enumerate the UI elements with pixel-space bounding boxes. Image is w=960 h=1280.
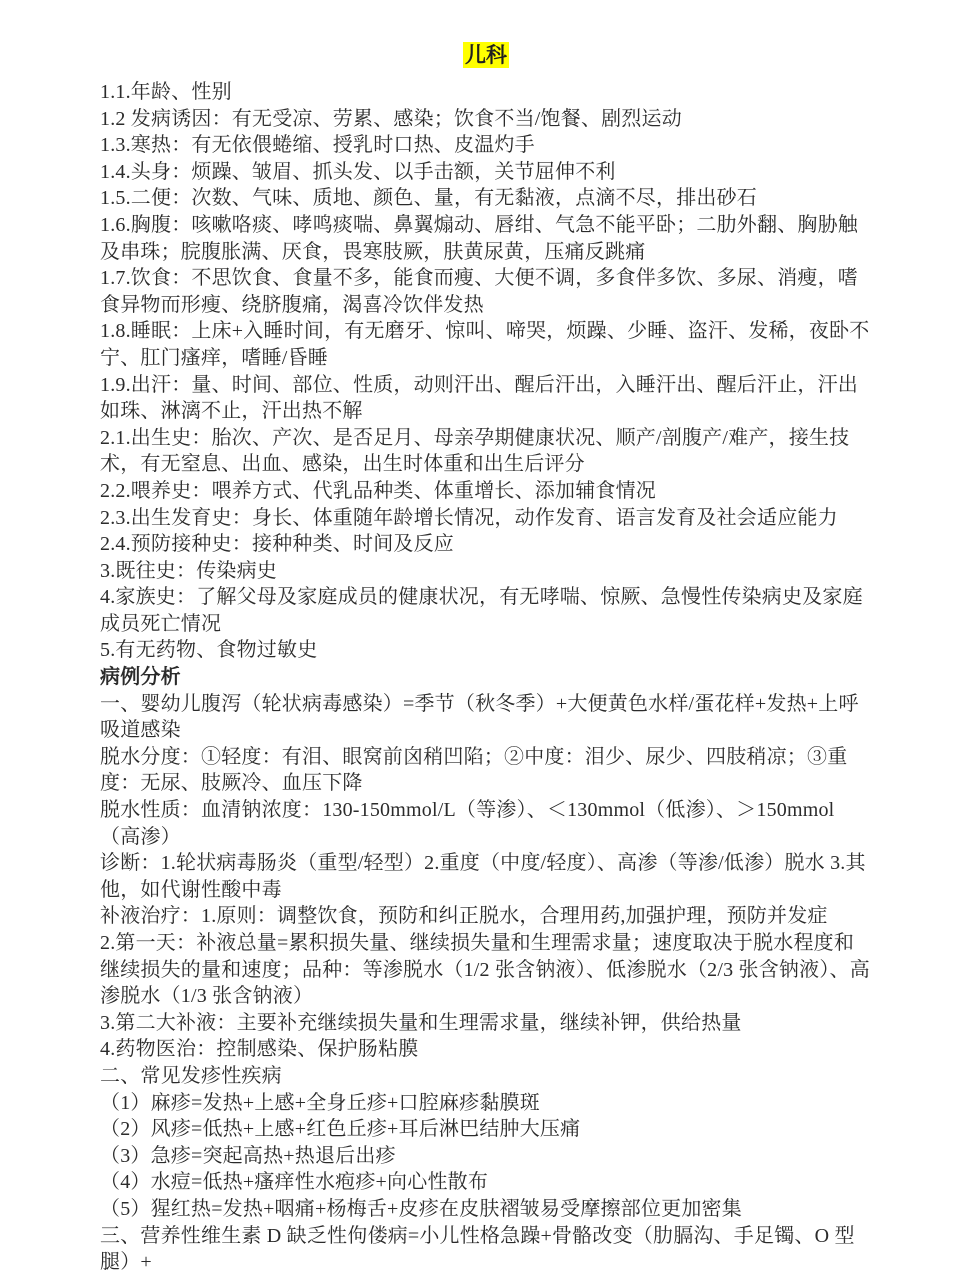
paragraph-sleep: 1.8.睡眠：上床+入睡时间，有无磨牙、惊叫、啼哭，烦躁、少睡、盗汗、发稀，夜卧… <box>100 318 872 371</box>
paragraph-head-body: 1.4.头身：烦躁、皱眉、抓头发、以手击额，关节屈伸不利 <box>100 159 872 186</box>
paragraph-allergy-history: 5.有无药物、食物过敏史 <box>100 637 872 664</box>
paragraph-measles: （1）麻疹=发热+上感+全身丘疹+口腔麻疹黏膜斑 <box>100 1090 872 1117</box>
page-title: 儿科 <box>463 42 509 68</box>
paragraph-age-gender: 1.1.年龄、性别 <box>100 79 872 106</box>
paragraph-fluid-day-one: 2.第一天：补液总量=累积损失量、继续损失量和生理需求量；速度取决于脱水程度和继… <box>100 930 872 1010</box>
paragraph-cold-heat: 1.3.寒热：有无依偎蜷缩、授乳时口热、皮温灼手 <box>100 132 872 159</box>
paragraph-triggers: 1.2 发病诱因：有无受凉、劳累、感染；饮食不当/饱餐、剧烈运动 <box>100 106 872 133</box>
paragraph-infant-diarrhea: 一、婴幼儿腹泻（轮状病毒感染）=季节（秋冬季）+大便黄色水样/蛋花样+发热+上呼… <box>100 691 872 744</box>
paragraph-diet: 1.7.饮食：不思饮食、食量不多，能食而瘦、大便不调，多食伴多饮、多尿、消瘦，嗜… <box>100 265 872 318</box>
section-heading-rash-diseases: 二、常见发疹性疾病 <box>100 1063 872 1090</box>
paragraph-feeding-history: 2.2.喂养史：喂养方式、代乳品种类、体重增长、添加辅食情况 <box>100 478 872 505</box>
paragraph-dehydration-nature: 脱水性质：血清钠浓度：130-150mmol/L（等渗）、＜130mmol（低渗… <box>100 797 872 850</box>
paragraph-past-history: 3.既往史：传染病史 <box>100 558 872 585</box>
paragraph-chest-abdomen: 1.6.胸腹：咳嗽咯痰、哮鸣痰喘、鼻翼煽动、唇绀、气急不能平卧；二肋外翻、胸胁触… <box>100 212 872 265</box>
document-page: 儿科 1.1.年龄、性别 1.2 发病诱因：有无受凉、劳累、感染；饮食不当/饱餐… <box>0 0 960 1280</box>
paragraph-excretion: 1.5.二便：次数、气味、质地、颜色、量，有无黏液，点滴不尽，排出砂石 <box>100 185 872 212</box>
paragraph-diagnosis: 诊断：1.轮状病毒肠炎（重型/轻型）2.重度（中度/轻度）、高渗（等渗/低渗）脱… <box>100 850 872 903</box>
section-heading-case-analysis: 病例分析 <box>100 664 872 691</box>
document-body: 1.1.年龄、性别 1.2 发病诱因：有无受凉、劳累、感染；饮食不当/饱餐、剧烈… <box>100 79 872 1276</box>
paragraph-rickets: 三、营养性维生素 D 缺乏性佝偻病=小儿性格急躁+骨骼改变（肋膈沟、手足镯、O … <box>100 1223 872 1276</box>
paragraph-rubella: （2）风疹=低热+上感+红色丘疹+耳后淋巴结肿大压痛 <box>100 1116 872 1143</box>
paragraph-sweating: 1.9.出汗：量、时间、部位、性质，动则汗出、醒后汗出，入睡汗出、醒后汗止，汗出… <box>100 372 872 425</box>
paragraph-scarlet-fever: （5）猩红热=发热+咽痛+杨梅舌+皮疹在皮肤褶皱易受摩擦部位更加密集 <box>100 1196 872 1223</box>
paragraph-drug-treatment: 4.药物医治：控制感染、保护肠粘膜 <box>100 1036 872 1063</box>
paragraph-roseola: （3）急疹=突起高热+热退后出疹 <box>100 1143 872 1170</box>
page-title-row: 儿科 <box>100 42 872 68</box>
paragraph-fluid-day-two: 3.第二大补液：主要补充继续损失量和生理需求量，继续补钾，供给热量 <box>100 1010 872 1037</box>
paragraph-family-history: 4.家族史：了解父母及家庭成员的健康状况，有无哮喘、惊厥、急慢性传染病史及家庭成… <box>100 584 872 637</box>
paragraph-vaccination-history: 2.4.预防接种史：接种种类、时间及反应 <box>100 531 872 558</box>
paragraph-dehydration-degree: 脱水分度：①轻度：有泪、眼窝前囟稍凹陷；②中度：泪少、尿少、四肢稍凉；③重度：无… <box>100 744 872 797</box>
paragraph-growth-history: 2.3.出生发育史：身长、体重随年龄增长情况，动作发育、语言发育及社会适应能力 <box>100 505 872 532</box>
paragraph-chickenpox: （4）水痘=低热+瘙痒性水疱疹+向心性散布 <box>100 1169 872 1196</box>
paragraph-fluid-therapy-principle: 补液治疗：1.原则：调整饮食，预防和纠正脱水，合理用药,加强护理，预防并发症 <box>100 903 872 930</box>
paragraph-birth-history: 2.1.出生史：胎次、产次、是否足月、母亲孕期健康状况、顺产/剖腹产/难产，接生… <box>100 425 872 478</box>
